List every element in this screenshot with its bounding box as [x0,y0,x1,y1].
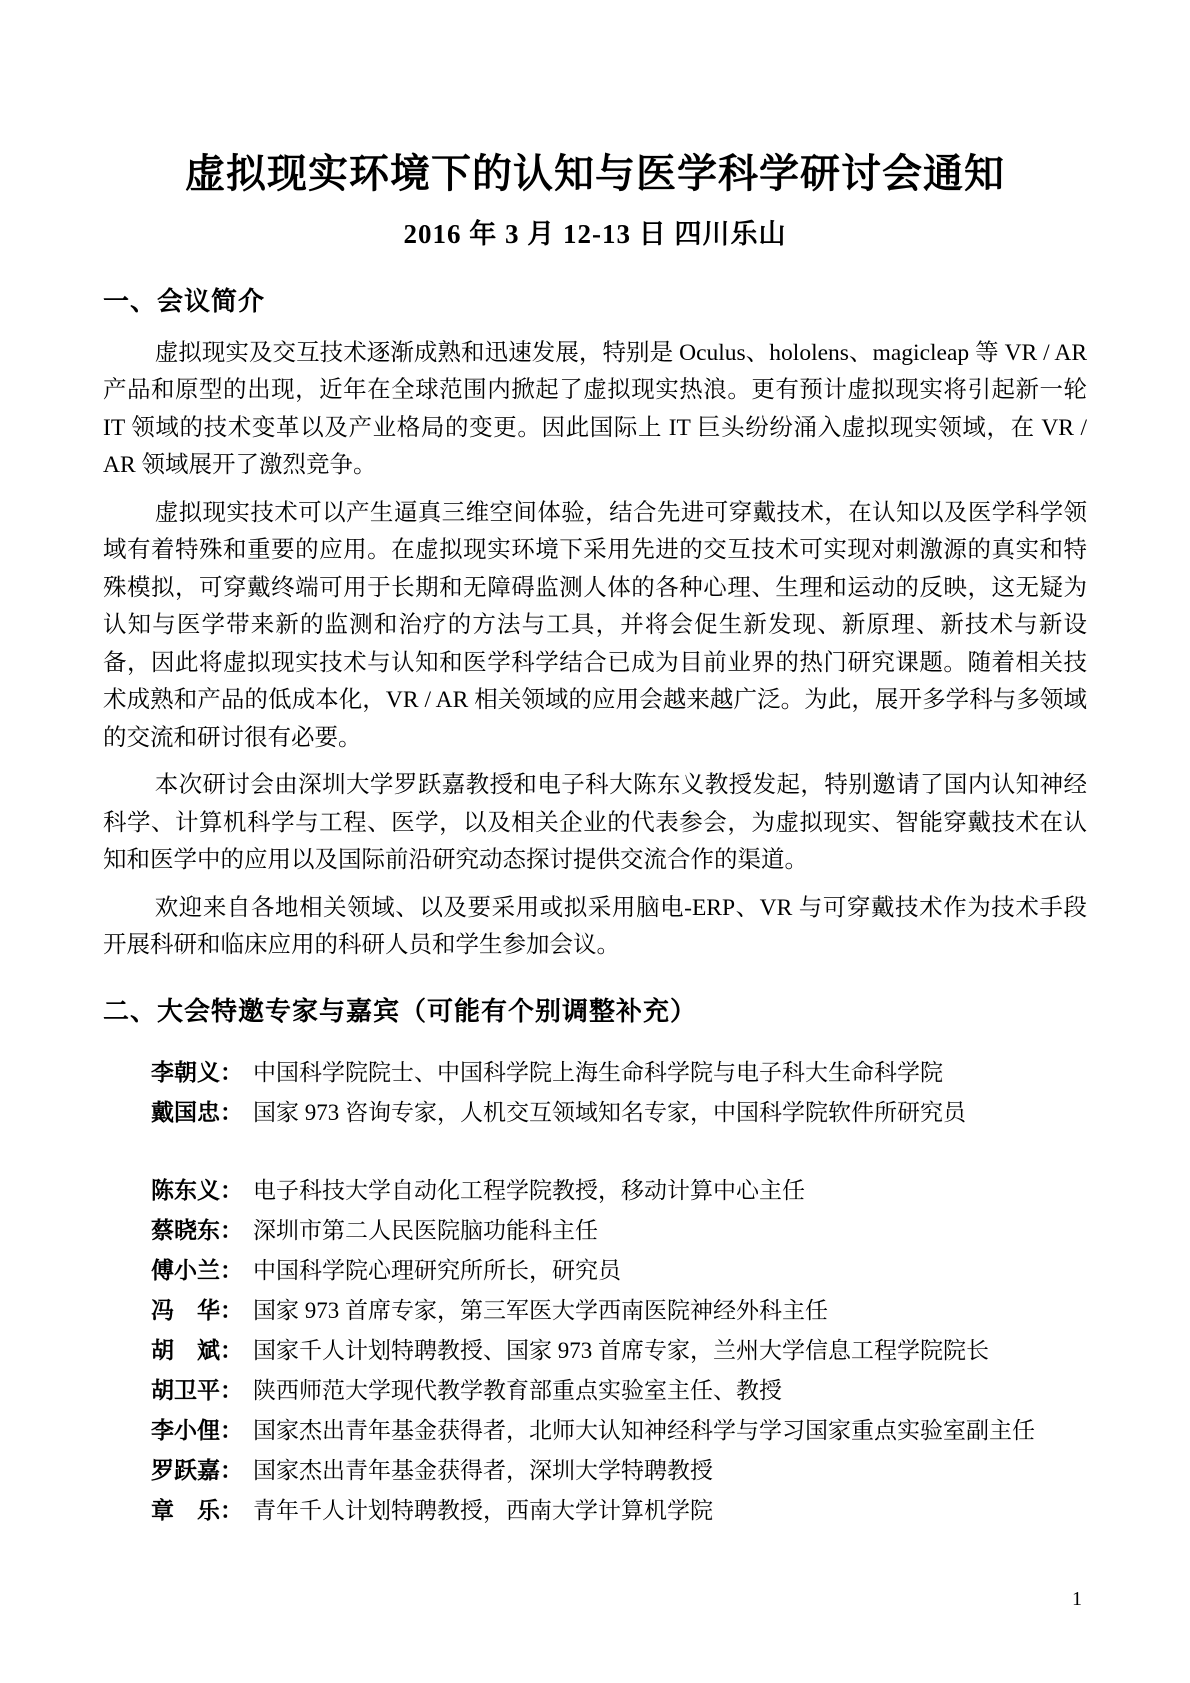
document-title: 虚拟现实环境下的认知与医学科学研讨会通知 [103,148,1087,200]
section-1-paragraph-4: 欢迎来自各地相关领域、以及要采用或拟采用脑电-ERP、VR 与可穿戴技术作为技术… [103,890,1087,965]
expert-name: 冯 华： [151,1298,243,1323]
expert-row: 李小俚：国家杰出青年基金获得者，北师大认知神经科学与学习国家重点实验室副主任 [151,1411,1087,1451]
expert-name: 胡 斌： [151,1338,243,1363]
page-number: 1 [1072,1588,1082,1611]
expert-row: 胡 斌：国家千人计划特聘教授、国家 973 首席专家，兰州大学信息工程学院院长 [151,1331,1087,1371]
expert-name: 章 乐： [151,1498,243,1523]
expert-description: 青年千人计划特聘教授，西南大学计算机学院 [253,1498,713,1523]
expert-description: 电子科技大学自动化工程学院教授，移动计算中心主任 [253,1178,805,1203]
expert-row: 陈东义：电子科技大学自动化工程学院教授，移动计算中心主任 [151,1171,1087,1211]
section-2-heading: 二、大会特邀专家与嘉宾（可能有个别调整补充） [103,995,1087,1029]
expert-name: 李小俚： [151,1418,243,1443]
expert-description: 国家 973 咨询专家，人机交互领域知名专家，中国科学院软件所研究员 [253,1100,966,1125]
document-page: 虚拟现实环境下的认知与医学科学研讨会通知 2016 年 3 月 12-13 日 … [0,0,1190,1683]
section-1-paragraph-1: 虚拟现实及交互技术逐渐成熟和迅速发展，特别是 Oculus、hololens、m… [103,335,1087,485]
expert-row: 罗跃嘉：国家杰出青年基金获得者，深圳大学特聘教授 [151,1451,1087,1491]
section-1-paragraph-3: 本次研讨会由深圳大学罗跃嘉教授和电子科大陈东义教授发起，特别邀请了国内认知神经科… [103,767,1087,880]
document-date-location: 2016 年 3 月 12-13 日 四川乐山 [103,212,1087,251]
expert-name: 陈东义： [151,1178,243,1203]
section-1-heading: 一、会议简介 [103,285,1087,319]
expert-description: 深圳市第二人民医院脑功能科主任 [253,1218,598,1243]
expert-description: 国家杰出青年基金获得者，北师大认知神经科学与学习国家重点实验室副主任 [253,1418,1035,1443]
expert-description: 中国科学院心理研究所所长，研究员 [253,1258,621,1283]
expert-row: 傅小兰：中国科学院心理研究所所长，研究员 [151,1251,1087,1291]
expert-row: 胡卫平：陕西师范大学现代教学教育部重点实验室主任、教授 [151,1371,1087,1411]
expert-name: 李朝义： [151,1060,243,1085]
expert-name: 胡卫平： [151,1378,243,1403]
expert-description: 国家杰出青年基金获得者，深圳大学特聘教授 [253,1458,713,1483]
expert-description: 国家 973 首席专家，第三军医大学西南医院神经外科主任 [253,1298,828,1323]
expert-name: 傅小兰： [151,1258,243,1283]
expert-row: 冯 华：国家 973 首席专家，第三军医大学西南医院神经外科主任 [151,1291,1087,1331]
expert-name: 戴国忠： [151,1100,243,1125]
expert-row: 戴国忠：国家 973 咨询专家，人机交互领域知名专家，中国科学院软件所研究员 [151,1093,1087,1133]
expert-name: 蔡晓东： [151,1218,243,1243]
expert-row: 章 乐：青年千人计划特聘教授，西南大学计算机学院 [151,1491,1087,1531]
expert-list: 李朝义：中国科学院院士、中国科学院上海生命科学院与电子科大生命科学院 戴国忠：国… [103,1053,1087,1531]
expert-description: 陕西师范大学现代教学教育部重点实验室主任、教授 [253,1378,782,1403]
expert-row: 蔡晓东：深圳市第二人民医院脑功能科主任 [151,1211,1087,1251]
expert-description: 中国科学院院士、中国科学院上海生命科学院与电子科大生命科学院 [253,1060,943,1085]
section-1-paragraph-2: 虚拟现实技术可以产生逼真三维空间体验，结合先进可穿戴技术，在认知以及医学科学领域… [103,495,1087,758]
expert-name: 罗跃嘉： [151,1458,243,1483]
expert-row: 李朝义：中国科学院院士、中国科学院上海生命科学院与电子科大生命科学院 [151,1053,1087,1093]
document-content: 虚拟现实环境下的认知与医学科学研讨会通知 2016 年 3 月 12-13 日 … [0,0,1190,1531]
expert-list-gap [151,1133,1087,1171]
expert-description: 国家千人计划特聘教授、国家 973 首席专家，兰州大学信息工程学院院长 [253,1338,989,1363]
